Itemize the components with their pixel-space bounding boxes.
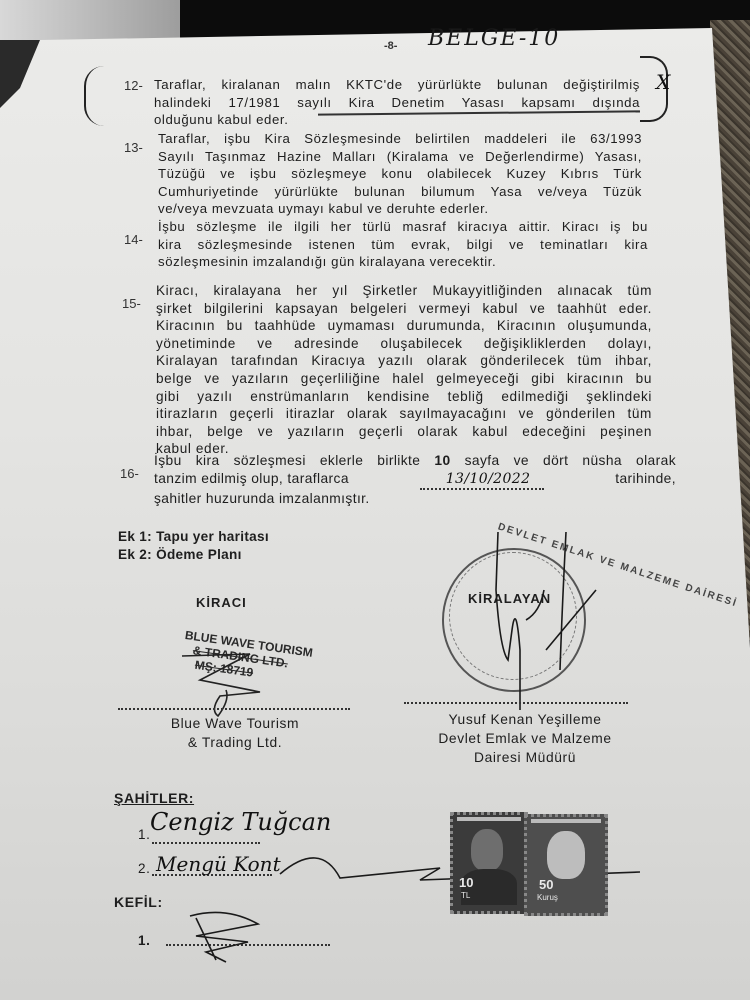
revenue-stamp: 50 Kuruş [524,814,608,916]
clause-number: 13- [124,140,143,155]
page-count: 10 [434,453,450,468]
witness-index: 1. [138,826,150,844]
background-left [0,0,190,40]
guarantor-heading: KEFİL: [114,894,163,912]
stamp-portrait [471,829,503,871]
clause-text: Taraflar, işbu Kira Sözleşmesinde belirt… [158,130,642,218]
witness-index: 2. [138,860,150,878]
guarantor-signature [186,906,266,962]
revenue-stamp: 10 TL [450,812,528,914]
stamp-portrait [547,831,585,879]
clause-text: Taraflar, kiralanan malın KKTC'de yürürl… [154,76,640,129]
guarantor-index: 1. [138,932,150,950]
landlord-signature-line [404,702,628,704]
annex-item: Ek 1: Tapu yer haritası [118,528,269,546]
witnesses-heading: ŞAHİTLER: [114,790,194,808]
left-bracket-mark [84,66,116,126]
clause-number: 14- [124,232,143,247]
clause-number: 16- [120,466,139,481]
page-number: -8- [384,40,397,52]
tenant-signature-line [118,708,350,710]
tenant-name: Blue Wave Tourism & Trading Ltd. [130,714,340,752]
tenant-heading: KİRACI [196,594,247,612]
landlord-name: Yusuf Kenan Yeşilleme Devlet Emlak ve Ma… [410,710,640,767]
witness-1-line [152,842,260,844]
clause-number: 12- [124,78,143,93]
annex-list: Ek 1: Tapu yer haritası Ek 2: Ödeme Plan… [118,528,269,563]
clause-number: 15- [122,296,141,311]
witness-2-signature: Mengü Kont [156,852,281,876]
annex-item: Ek 2: Ödeme Planı [118,546,269,564]
witness-1-signature: Cengiz Tuğcan [150,808,331,836]
margin-x-mark: X [656,70,670,94]
landlord-signature [486,530,606,710]
handwritten-document-label: BELGE-10 [428,26,560,51]
clause-text: Kiracı, kiralayana her yıl Şirketler Muk… [156,282,652,458]
signing-date-field: 13/10/2022 [420,470,545,490]
clause-text: İşbu sözleşme ile ilgili her türlü masra… [158,218,648,271]
handwritten-date: 13/10/2022 [446,471,531,487]
clause-text: İşbu kira sözleşmesi eklerle birlikte 10… [154,452,676,508]
